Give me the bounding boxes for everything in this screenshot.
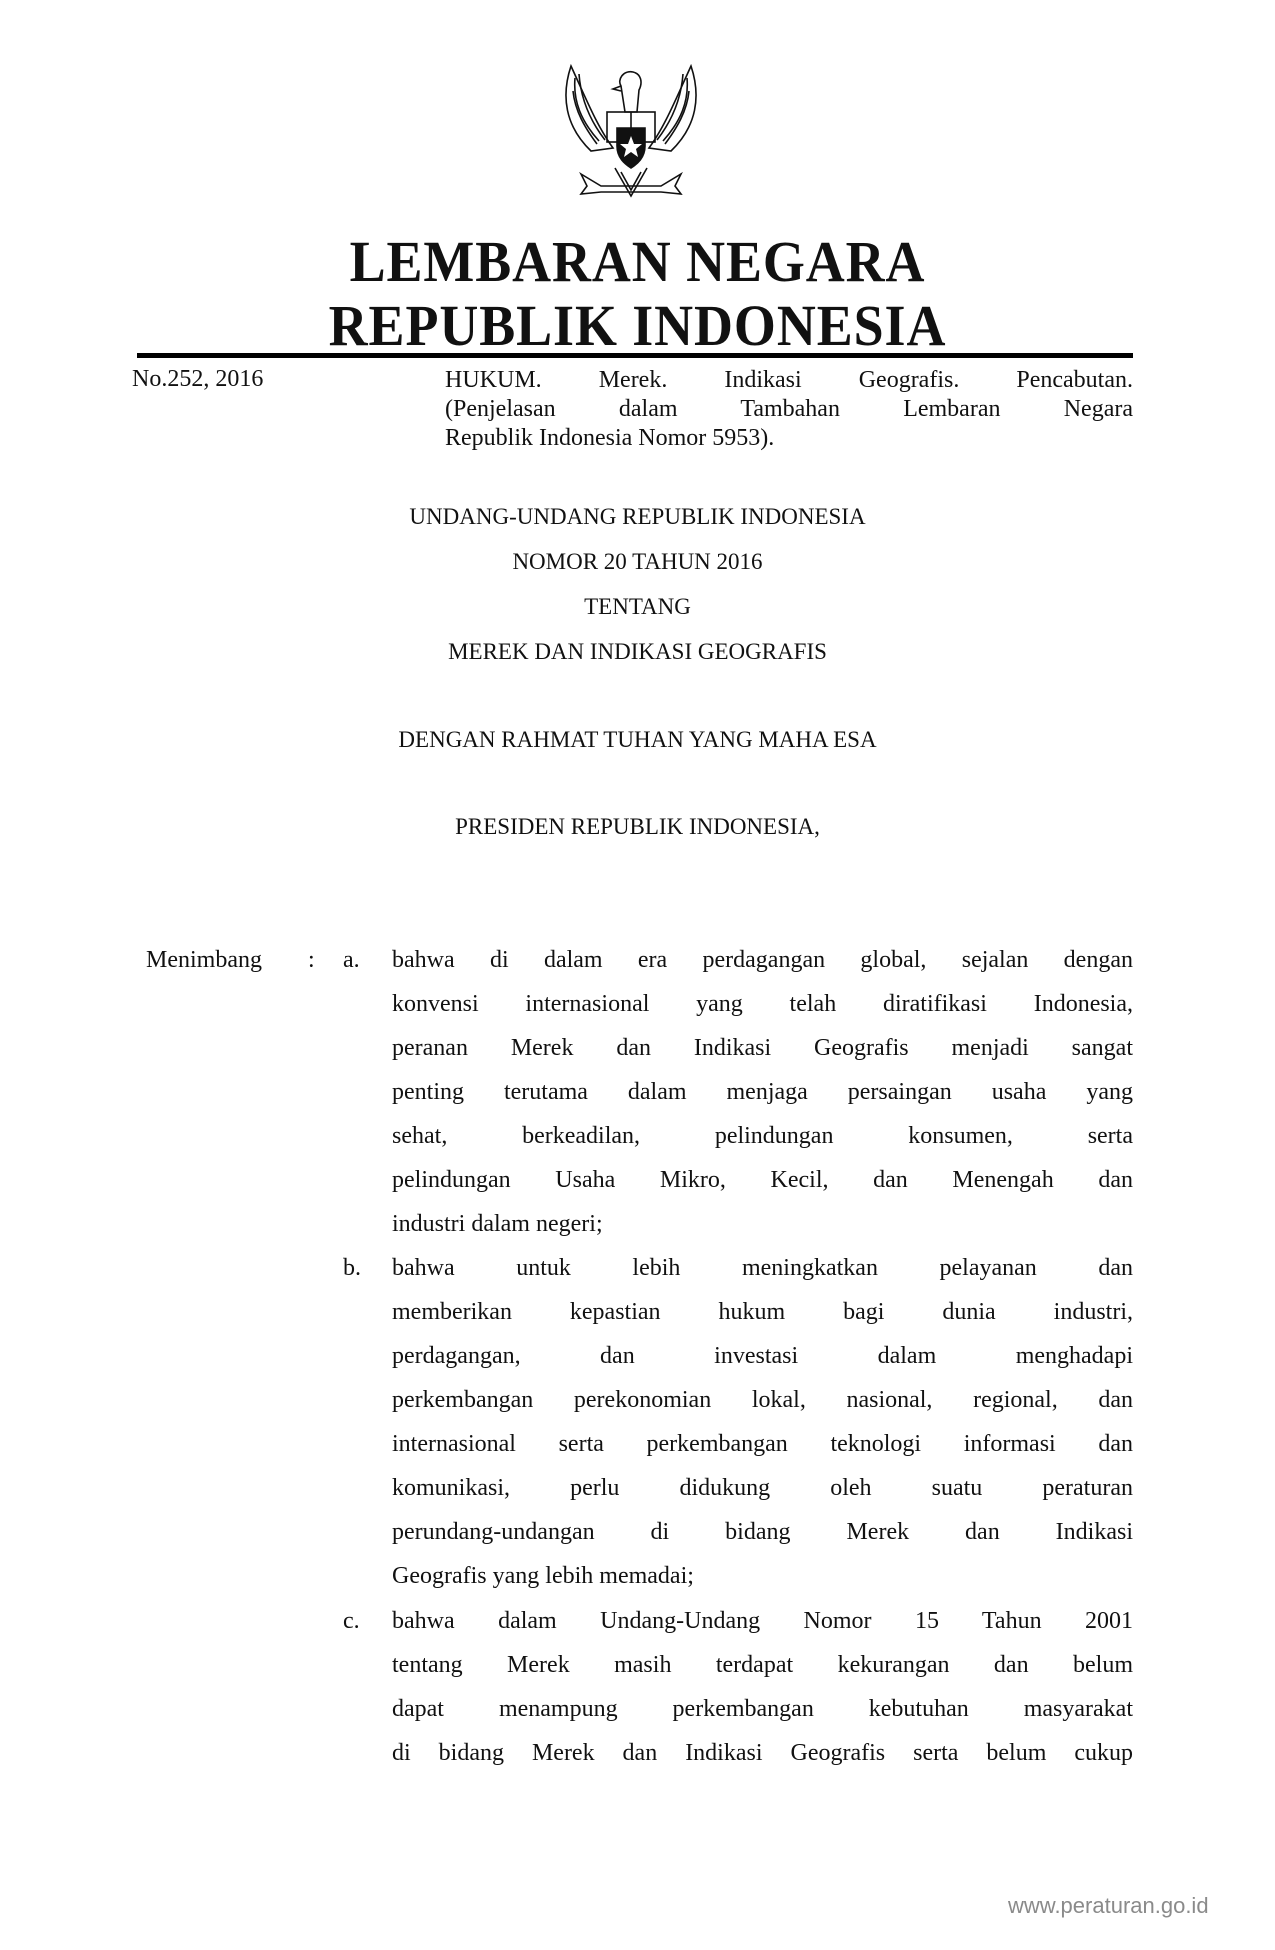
text-line: penting terutama dalam menjaga persainga… [392, 1070, 1133, 1114]
gazette-description: HUKUM. Merek. Indikasi Geografis. Pencab… [445, 366, 1133, 453]
text-line: bahwa untuk lebih meningkatkan pelayanan… [392, 1246, 1133, 1290]
text-line: pelindungan Usaha Mikro, Kecil, dan Mene… [392, 1158, 1133, 1202]
considerations-separator: : [308, 947, 315, 974]
text-line: perdagangan, dan investasi dalam menghad… [392, 1334, 1133, 1378]
text-line: sehat, berkeadilan, pelindungan konsumen… [392, 1114, 1133, 1158]
text-line: konvensi internasional yang telah dirati… [392, 982, 1133, 1026]
description-line: Republik Indonesia Nomor 5953). [445, 424, 1133, 453]
law-blessing: DENGAN RAHMAT TUHAN YANG MAHA ESA [0, 727, 1275, 753]
text-line: komunikasi, perlu didukung oleh suatu pe… [392, 1466, 1133, 1510]
considerations-label: Menimbang [146, 947, 262, 974]
text-line: industri dalam negeri; [392, 1202, 1133, 1246]
text-line: internasional serta perkembangan teknolo… [392, 1422, 1133, 1466]
consideration-letter: a. [343, 947, 360, 974]
law-about: TENTANG [0, 594, 1275, 620]
text-line: tentang Merek masih terdapat kekurangan … [392, 1643, 1133, 1687]
consideration-letter: b. [343, 1255, 361, 1282]
gazette-number: No.252, 2016 [132, 366, 263, 393]
text-line: perkembangan perekonomian lokal, nasiona… [392, 1378, 1133, 1422]
text-line: dapat menampung perkembangan kebutuhan m… [392, 1687, 1133, 1731]
text-line: bahwa di dalam era perdagangan global, s… [392, 938, 1133, 982]
text-line: Geografis yang lebih memadai; [392, 1554, 1133, 1598]
header-divider [137, 353, 1133, 358]
consideration-item-b: bahwa untuk lebih meningkatkan pelayanan… [392, 1246, 1133, 1598]
consideration-item-a: bahwa di dalam era perdagangan global, s… [392, 938, 1133, 1246]
garuda-pancasila-emblem-icon [551, 56, 711, 216]
description-line: HUKUM. Merek. Indikasi Geografis. Pencab… [445, 366, 1133, 395]
website-link[interactable]: www.peraturan.go.id [1008, 1893, 1209, 1919]
text-line: bahwa dalam Undang-Undang Nomor 15 Tahun… [392, 1599, 1133, 1643]
law-number: NOMOR 20 TAHUN 2016 [0, 549, 1275, 575]
consideration-letter: c. [343, 1608, 360, 1635]
gazette-title-line2: REPUBLIK INDONESIA [45, 297, 1231, 355]
description-line: (Penjelasan dalam Tambahan Lembaran Nega… [445, 395, 1133, 424]
text-line: memberikan kepastian hukum bagi dunia in… [392, 1290, 1133, 1334]
consideration-item-c: bahwa dalam Undang-Undang Nomor 15 Tahun… [392, 1599, 1133, 1775]
president-heading: PRESIDEN REPUBLIK INDONESIA, [0, 814, 1275, 840]
text-line: peranan Merek dan Indikasi Geografis men… [392, 1026, 1133, 1070]
text-line: perundang-undangan di bidang Merek dan I… [392, 1510, 1133, 1554]
text-line: di bidang Merek dan Indikasi Geografis s… [392, 1731, 1133, 1775]
gazette-title-line1: LEMBARAN NEGARA [45, 233, 1231, 291]
law-subject: MEREK DAN INDIKASI GEOGRAFIS [0, 639, 1275, 665]
law-type: UNDANG-UNDANG REPUBLIK INDONESIA [0, 504, 1275, 530]
